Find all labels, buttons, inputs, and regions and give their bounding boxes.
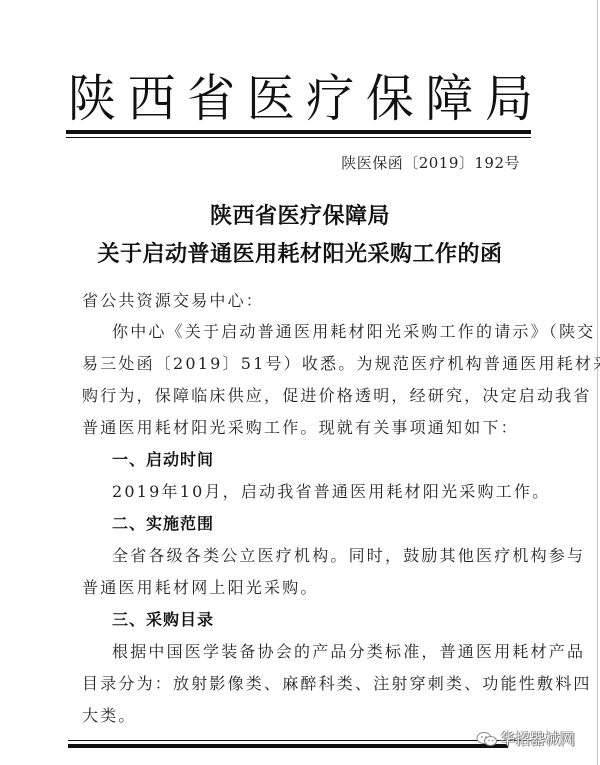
masthead-char: 陕 — [68, 69, 116, 130]
paragraph-line: 2019年10月，启动我省普通医用耗材阳光采购工作。 — [112, 482, 552, 502]
masthead-char: 医 — [247, 69, 295, 130]
watermark: 华招器械网 — [476, 728, 575, 750]
masthead-char: 省 — [187, 69, 235, 130]
footer-rule-thick — [68, 744, 508, 748]
document-title-line2: 关于启动普通医用耗材阳光采购工作的函 — [0, 240, 600, 270]
paragraph-line: 购行为，保障临床供应，促进价格透明，经研究，决定启动我省 — [82, 386, 522, 406]
section-heading-launch-time: 一、启动时间 — [112, 450, 214, 470]
section-heading-catalog: 三、采购目录 — [112, 610, 214, 630]
paragraph-line: 你中心《关于启动普通医用耗材阳光采购工作的请示》（陕交 — [112, 322, 552, 342]
wechat-icon — [476, 731, 498, 747]
salutation: 省公共资源交易中心： — [82, 291, 522, 311]
masthead-char: 局 — [485, 69, 533, 130]
masthead-char: 保 — [366, 69, 414, 130]
masthead-char: 障 — [425, 69, 473, 130]
page-edge-line — [597, 0, 598, 765]
masthead-char: 西 — [128, 69, 176, 130]
header-rule-thin — [66, 137, 531, 138]
paragraph-line: 大类。 — [82, 706, 522, 726]
document-title-line1: 陕西省医疗保障局 — [0, 202, 600, 232]
masthead-title: 陕 西 省 医 疗 保 障 局 — [68, 70, 533, 128]
paragraph-line: 根据中国医学装备协会的产品分类标准，普通医用耗材产品 — [112, 642, 552, 662]
paragraph-line: 普通医用耗材阳光采购工作。现就有关事项通知如下： — [82, 418, 522, 438]
header-rule-thick — [66, 130, 531, 134]
footer-rule-thin — [68, 740, 533, 741]
paragraph-line: 目录分为：放射影像类、麻醉科类、注射穿刺类、功能性敷料四 — [82, 674, 522, 694]
section-heading-scope: 二、实施范围 — [112, 514, 214, 534]
watermark-text: 华招器械网 — [500, 728, 575, 750]
masthead-char: 疗 — [306, 69, 354, 130]
document-number: 陕医保函〔2019〕192号 — [341, 153, 520, 173]
paragraph-line: 全省各级各类公立医疗机构。同时，鼓励其他医疗机构参与 — [112, 546, 552, 566]
paragraph-line: 普通医用耗材网上阳光采购。 — [82, 578, 522, 598]
paragraph-line: 易三处函〔2019〕51号）收悉。为规范医疗机构普通医用耗材采 — [82, 354, 522, 374]
